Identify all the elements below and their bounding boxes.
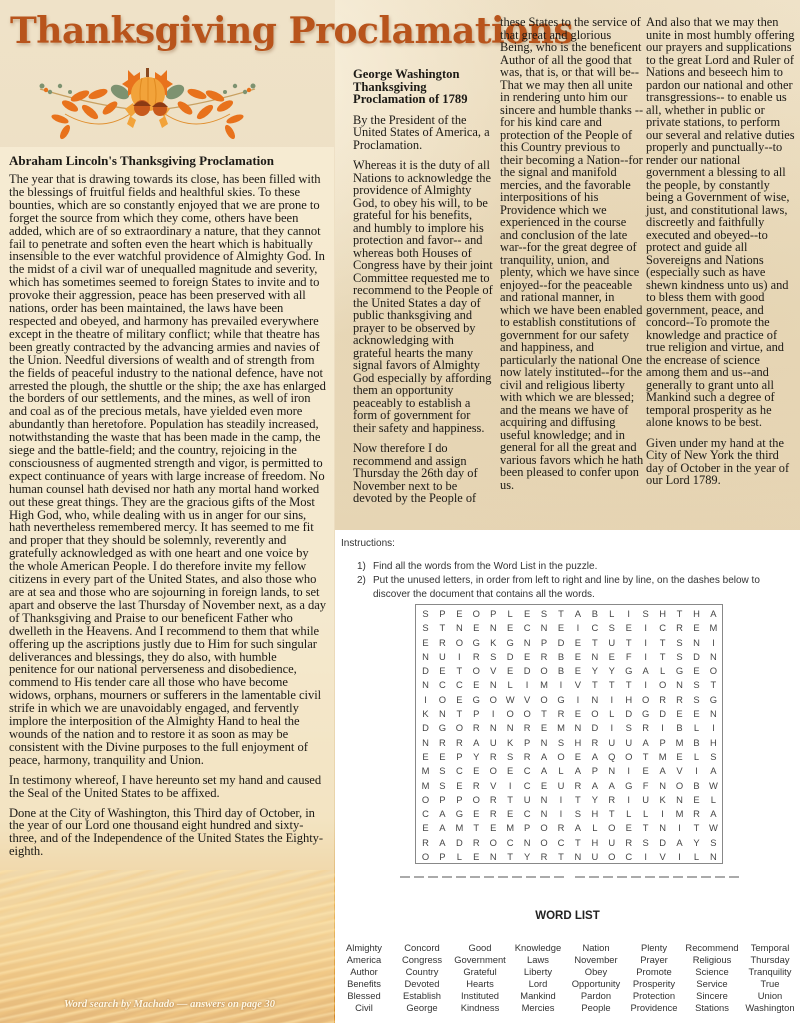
answer-dash[interactable] [484, 876, 494, 878]
grid-cell[interactable]: G [468, 636, 485, 650]
answer-dash[interactable] [414, 876, 424, 878]
grid-cell[interactable]: I [569, 693, 586, 707]
grid-cell[interactable]: I [519, 678, 536, 692]
grid-cell[interactable]: R [468, 836, 485, 850]
grid-cell[interactable]: L [705, 793, 722, 807]
grid-cell[interactable]: Y [586, 664, 603, 678]
grid-cell[interactable]: R [536, 650, 553, 664]
grid-cell[interactable]: V [485, 779, 502, 793]
grid-cell[interactable]: A [705, 807, 722, 821]
grid-cell[interactable]: M [671, 736, 688, 750]
grid-cell[interactable]: C [451, 678, 468, 692]
grid-cell[interactable]: I [620, 764, 637, 778]
grid-cell[interactable]: G [620, 779, 637, 793]
grid-cell[interactable]: T [502, 850, 519, 864]
grid-cell[interactable]: R [620, 836, 637, 850]
grid-cell[interactable]: M [671, 807, 688, 821]
grid-cell[interactable]: M [654, 750, 671, 764]
grid-cell[interactable]: T [603, 807, 620, 821]
grid-cell[interactable]: Q [603, 750, 620, 764]
answer-dashes-group-1[interactable] [400, 876, 564, 878]
grid-cell[interactable]: R [671, 621, 688, 635]
grid-cell[interactable]: P [485, 607, 502, 621]
answer-dash[interactable] [589, 876, 599, 878]
grid-cell[interactable]: V [654, 850, 671, 864]
grid-cell[interactable]: A [536, 764, 553, 778]
grid-cell[interactable]: B [688, 779, 705, 793]
grid-cell[interactable]: L [637, 807, 654, 821]
grid-cell[interactable]: E [519, 607, 536, 621]
grid-cell[interactable]: N [586, 693, 603, 707]
grid-cell[interactable]: L [451, 850, 468, 864]
grid-cell[interactable]: U [637, 793, 654, 807]
grid-cell[interactable]: E [468, 764, 485, 778]
grid-cell[interactable]: R [468, 721, 485, 735]
grid-cell[interactable]: N [654, 779, 671, 793]
grid-cell[interactable]: R [603, 793, 620, 807]
grid-cell[interactable]: R [654, 693, 671, 707]
grid-cell[interactable]: G [620, 664, 637, 678]
answer-dash[interactable] [554, 876, 564, 878]
grid-cell[interactable]: O [502, 707, 519, 721]
grid-cell[interactable]: E [468, 807, 485, 821]
grid-cell[interactable]: O [671, 779, 688, 793]
grid-cell[interactable]: O [586, 707, 603, 721]
grid-cell[interactable]: D [553, 636, 570, 650]
grid-cell[interactable]: O [434, 693, 451, 707]
grid-cell[interactable]: T [451, 707, 468, 721]
grid-cell[interactable]: D [417, 721, 434, 735]
grid-cell[interactable]: S [417, 621, 434, 635]
grid-cell[interactable]: P [586, 764, 603, 778]
grid-cell[interactable]: A [705, 607, 722, 621]
grid-cell[interactable]: U [603, 836, 620, 850]
grid-cell[interactable]: N [519, 836, 536, 850]
grid-cell[interactable]: N [536, 736, 553, 750]
grid-cell[interactable]: N [485, 678, 502, 692]
grid-cell[interactable]: N [705, 650, 722, 664]
grid-cell[interactable]: C [519, 621, 536, 635]
grid-cell[interactable]: I [637, 850, 654, 864]
grid-cell[interactable]: R [671, 693, 688, 707]
grid-cell[interactable]: E [620, 821, 637, 835]
grid-cell[interactable]: D [654, 707, 671, 721]
grid-cell[interactable]: O [620, 750, 637, 764]
grid-cell[interactable]: T [620, 636, 637, 650]
grid-cell[interactable]: O [417, 793, 434, 807]
grid-cell[interactable]: R [553, 821, 570, 835]
grid-cell[interactable]: P [468, 707, 485, 721]
grid-cell[interactable]: G [502, 636, 519, 650]
answer-dash[interactable] [428, 876, 438, 878]
grid-cell[interactable]: A [468, 736, 485, 750]
grid-cell[interactable]: G [451, 807, 468, 821]
answer-dash[interactable] [456, 876, 466, 878]
grid-cell[interactable]: I [451, 650, 468, 664]
grid-cell[interactable]: Y [603, 664, 620, 678]
grid-cell[interactable]: R [569, 779, 586, 793]
grid-cell[interactable]: A [586, 750, 603, 764]
grid-cell[interactable]: S [637, 836, 654, 850]
grid-cell[interactable]: G [671, 664, 688, 678]
grid-cell[interactable]: U [553, 779, 570, 793]
grid-cell[interactable]: E [688, 793, 705, 807]
grid-cell[interactable]: A [637, 736, 654, 750]
grid-cell[interactable]: R [688, 807, 705, 821]
grid-cell[interactable]: I [553, 793, 570, 807]
grid-cell[interactable]: R [434, 636, 451, 650]
grid-cell[interactable]: U [434, 650, 451, 664]
grid-cell[interactable]: P [451, 793, 468, 807]
grid-cell[interactable]: L [654, 664, 671, 678]
grid-cell[interactable]: N [451, 621, 468, 635]
grid-cell[interactable]: A [434, 836, 451, 850]
grid-cell[interactable]: O [705, 664, 722, 678]
grid-cell[interactable]: O [603, 850, 620, 864]
grid-cell[interactable]: I [705, 721, 722, 735]
grid-cell[interactable]: T [671, 607, 688, 621]
grid-cell[interactable]: E [637, 764, 654, 778]
grid-cell[interactable]: T [705, 678, 722, 692]
grid-cell[interactable]: M [451, 821, 468, 835]
grid-cell[interactable]: P [434, 793, 451, 807]
letter-grid[interactable]: SPEOPLESTABLISHTHASTNENECNEICSEICREMEROG… [415, 604, 723, 864]
answer-dash[interactable] [526, 876, 536, 878]
grid-cell[interactable]: I [417, 693, 434, 707]
grid-cell[interactable]: A [536, 750, 553, 764]
grid-cell[interactable]: N [417, 736, 434, 750]
answer-dash[interactable] [673, 876, 683, 878]
grid-cell[interactable]: B [553, 650, 570, 664]
grid-cell[interactable]: T [688, 821, 705, 835]
grid-cell[interactable]: E [502, 621, 519, 635]
grid-cell[interactable]: S [705, 750, 722, 764]
grid-cell[interactable]: H [620, 693, 637, 707]
grid-cell[interactable]: R [468, 779, 485, 793]
answer-dashes-group-2[interactable] [575, 876, 739, 878]
grid-cell[interactable]: T [637, 821, 654, 835]
grid-cell[interactable]: W [705, 779, 722, 793]
grid-cell[interactable]: D [654, 836, 671, 850]
grid-cell[interactable]: O [536, 821, 553, 835]
grid-cell[interactable]: I [620, 607, 637, 621]
grid-cell[interactable]: S [502, 750, 519, 764]
grid-cell[interactable]: A [569, 764, 586, 778]
grid-cell[interactable]: N [569, 721, 586, 735]
grid-cell[interactable]: O [485, 693, 502, 707]
grid-cell[interactable]: T [434, 621, 451, 635]
grid-cell[interactable]: L [688, 750, 705, 764]
grid-cell[interactable]: E [536, 721, 553, 735]
grid-cell[interactable]: K [417, 707, 434, 721]
grid-cell[interactable]: E [417, 750, 434, 764]
grid-cell[interactable]: B [553, 664, 570, 678]
grid-cell[interactable]: I [671, 850, 688, 864]
grid-cell[interactable]: I [603, 693, 620, 707]
grid-cell[interactable]: B [688, 736, 705, 750]
grid-cell[interactable]: Y [468, 750, 485, 764]
grid-cell[interactable]: N [654, 821, 671, 835]
grid-cell[interactable]: V [485, 664, 502, 678]
grid-cell[interactable]: O [451, 636, 468, 650]
grid-cell[interactable]: O [603, 821, 620, 835]
grid-cell[interactable]: T [569, 793, 586, 807]
grid-cell[interactable]: T [586, 636, 603, 650]
grid-cell[interactable]: H [705, 736, 722, 750]
grid-cell[interactable]: C [519, 807, 536, 821]
answer-dash[interactable] [715, 876, 725, 878]
grid-cell[interactable]: C [620, 850, 637, 864]
grid-cell[interactable]: W [502, 693, 519, 707]
grid-cell[interactable]: L [502, 678, 519, 692]
grid-cell[interactable]: O [417, 850, 434, 864]
grid-cell[interactable]: T [569, 836, 586, 850]
grid-cell[interactable]: E [569, 664, 586, 678]
answer-dash[interactable] [659, 876, 669, 878]
grid-cell[interactable]: H [569, 736, 586, 750]
grid-cell[interactable]: M [502, 821, 519, 835]
grid-cell[interactable]: E [468, 621, 485, 635]
grid-cell[interactable]: E [671, 750, 688, 764]
grid-cell[interactable]: N [603, 764, 620, 778]
grid-cell[interactable]: P [434, 607, 451, 621]
grid-cell[interactable]: R [434, 736, 451, 750]
grid-cell[interactable]: T [468, 821, 485, 835]
grid-cell[interactable]: C [434, 678, 451, 692]
grid-cell[interactable]: Y [519, 850, 536, 864]
grid-cell[interactable]: A [637, 664, 654, 678]
grid-cell[interactable]: S [671, 650, 688, 664]
answer-dash[interactable] [617, 876, 627, 878]
answer-dash[interactable] [540, 876, 550, 878]
grid-cell[interactable]: N [519, 636, 536, 650]
grid-cell[interactable]: P [519, 736, 536, 750]
grid-cell[interactable]: L [688, 721, 705, 735]
grid-cell[interactable]: N [569, 850, 586, 864]
grid-cell[interactable]: O [485, 836, 502, 850]
grid-cell[interactable]: Y [688, 836, 705, 850]
grid-cell[interactable]: N [671, 678, 688, 692]
grid-cell[interactable]: E [671, 707, 688, 721]
grid-cell[interactable]: L [688, 850, 705, 864]
grid-cell[interactable]: U [620, 736, 637, 750]
grid-cell[interactable]: D [586, 721, 603, 735]
grid-cell[interactable]: Y [586, 793, 603, 807]
grid-cell[interactable]: T [502, 793, 519, 807]
grid-cell[interactable]: S [603, 621, 620, 635]
grid-cell[interactable]: E [688, 621, 705, 635]
grid-cell[interactable]: I [654, 721, 671, 735]
grid-cell[interactable]: N [485, 721, 502, 735]
answer-dash[interactable] [631, 876, 641, 878]
grid-cell[interactable]: O [637, 693, 654, 707]
answer-dash[interactable] [645, 876, 655, 878]
grid-cell[interactable]: I [603, 721, 620, 735]
grid-cell[interactable]: A [434, 821, 451, 835]
grid-cell[interactable]: I [654, 807, 671, 821]
grid-cell[interactable]: E [519, 650, 536, 664]
answer-dash[interactable] [701, 876, 711, 878]
grid-cell[interactable]: M [553, 721, 570, 735]
grid-cell[interactable]: O [485, 764, 502, 778]
grid-cell[interactable]: G [553, 693, 570, 707]
grid-cell[interactable]: M [417, 779, 434, 793]
grid-cell[interactable]: E [502, 664, 519, 678]
grid-cell[interactable]: I [637, 678, 654, 692]
grid-cell[interactable]: E [485, 821, 502, 835]
grid-cell[interactable]: I [688, 764, 705, 778]
grid-cell[interactable]: R [519, 750, 536, 764]
grid-cell[interactable]: I [502, 779, 519, 793]
grid-cell[interactable]: R [417, 836, 434, 850]
grid-cell[interactable]: N [485, 850, 502, 864]
grid-cell[interactable]: O [536, 836, 553, 850]
grid-cell[interactable]: I [485, 707, 502, 721]
grid-cell[interactable]: P [519, 821, 536, 835]
grid-cell[interactable]: E [603, 650, 620, 664]
grid-cell[interactable]: V [671, 764, 688, 778]
grid-cell[interactable]: E [417, 636, 434, 650]
grid-cell[interactable]: T [654, 650, 671, 664]
grid-cell[interactable]: I [637, 621, 654, 635]
grid-cell[interactable]: E [434, 664, 451, 678]
grid-cell[interactable]: A [603, 779, 620, 793]
grid-cell[interactable]: N [688, 636, 705, 650]
grid-cell[interactable]: T [586, 678, 603, 692]
grid-cell[interactable]: C [586, 621, 603, 635]
grid-cell[interactable]: C [502, 836, 519, 850]
grid-cell[interactable]: R [519, 721, 536, 735]
grid-cell[interactable]: R [485, 793, 502, 807]
grid-cell[interactable]: R [468, 650, 485, 664]
grid-cell[interactable]: L [502, 607, 519, 621]
grid-cell[interactable]: D [620, 707, 637, 721]
grid-cell[interactable]: L [603, 607, 620, 621]
grid-cell[interactable]: E [502, 807, 519, 821]
grid-cell[interactable]: S [688, 678, 705, 692]
grid-cell[interactable]: S [553, 736, 570, 750]
grid-cell[interactable]: A [586, 779, 603, 793]
grid-cell[interactable]: E [569, 707, 586, 721]
grid-cell[interactable]: H [586, 836, 603, 850]
grid-cell[interactable]: R [536, 850, 553, 864]
grid-cell[interactable]: P [434, 850, 451, 864]
grid-cell[interactable]: I [637, 636, 654, 650]
grid-cell[interactable]: E [451, 779, 468, 793]
grid-cell[interactable]: M [417, 764, 434, 778]
grid-cell[interactable]: T [637, 750, 654, 764]
grid-cell[interactable]: E [569, 636, 586, 650]
grid-cell[interactable]: K [502, 736, 519, 750]
grid-cell[interactable]: A [434, 807, 451, 821]
answer-dash[interactable] [512, 876, 522, 878]
grid-cell[interactable]: R [586, 736, 603, 750]
grid-cell[interactable]: F [620, 650, 637, 664]
grid-cell[interactable]: L [586, 821, 603, 835]
grid-cell[interactable]: R [451, 736, 468, 750]
grid-cell[interactable]: O [536, 693, 553, 707]
grid-cell[interactable]: U [603, 736, 620, 750]
grid-cell[interactable]: O [654, 678, 671, 692]
grid-cell[interactable]: I [553, 807, 570, 821]
grid-cell[interactable]: O [468, 793, 485, 807]
grid-cell[interactable]: G [468, 693, 485, 707]
grid-cell[interactable]: A [569, 821, 586, 835]
grid-cell[interactable]: N [434, 707, 451, 721]
grid-cell[interactable]: M [536, 678, 553, 692]
grid-cell[interactable]: L [620, 807, 637, 821]
grid-cell[interactable]: L [553, 764, 570, 778]
grid-cell[interactable]: S [434, 764, 451, 778]
grid-cell[interactable]: E [468, 850, 485, 864]
grid-cell[interactable]: A [654, 764, 671, 778]
grid-cell[interactable]: E [688, 707, 705, 721]
grid-cell[interactable]: N [705, 850, 722, 864]
answer-dash[interactable] [575, 876, 585, 878]
grid-cell[interactable]: S [485, 650, 502, 664]
grid-cell[interactable]: S [434, 779, 451, 793]
grid-cell[interactable]: E [569, 750, 586, 764]
grid-cell[interactable]: G [705, 693, 722, 707]
grid-cell[interactable]: E [451, 607, 468, 621]
grid-cell[interactable]: F [637, 779, 654, 793]
grid-cell[interactable]: H [586, 807, 603, 821]
grid-cell[interactable]: T [603, 678, 620, 692]
answer-dash[interactable] [442, 876, 452, 878]
answer-dash[interactable] [687, 876, 697, 878]
grid-cell[interactable]: I [671, 821, 688, 835]
grid-cell[interactable]: H [688, 607, 705, 621]
grid-cell[interactable]: E [553, 621, 570, 635]
grid-cell[interactable]: D [502, 650, 519, 664]
grid-cell[interactable]: I [620, 793, 637, 807]
grid-cell[interactable]: T [654, 636, 671, 650]
grid-cell[interactable]: A [569, 607, 586, 621]
grid-cell[interactable]: N [502, 721, 519, 735]
grid-cell[interactable]: B [671, 721, 688, 735]
grid-cell[interactable]: T [620, 678, 637, 692]
grid-cell[interactable]: S [688, 693, 705, 707]
grid-cell[interactable]: E [688, 664, 705, 678]
grid-cell[interactable]: R [485, 807, 502, 821]
grid-cell[interactable]: C [654, 621, 671, 635]
grid-cell[interactable]: G [434, 721, 451, 735]
grid-cell[interactable]: N [417, 678, 434, 692]
grid-cell[interactable]: S [620, 721, 637, 735]
grid-cell[interactable]: S [637, 607, 654, 621]
grid-cell[interactable]: E [620, 621, 637, 635]
grid-cell[interactable]: I [705, 636, 722, 650]
grid-cell[interactable]: N [586, 650, 603, 664]
grid-cell[interactable]: O [553, 750, 570, 764]
answer-dash[interactable] [400, 876, 410, 878]
grid-cell[interactable]: G [637, 707, 654, 721]
grid-cell[interactable]: P [451, 750, 468, 764]
grid-cell[interactable]: O [468, 664, 485, 678]
grid-cell[interactable]: D [688, 650, 705, 664]
grid-cell[interactable]: L [603, 707, 620, 721]
grid-cell[interactable]: O [519, 707, 536, 721]
grid-cell[interactable]: T [553, 850, 570, 864]
grid-cell[interactable]: T [536, 707, 553, 721]
grid-cell[interactable]: N [536, 621, 553, 635]
grid-cell[interactable]: N [417, 650, 434, 664]
grid-cell[interactable]: N [536, 793, 553, 807]
answer-dash[interactable] [470, 876, 480, 878]
grid-cell[interactable]: N [705, 707, 722, 721]
grid-cell[interactable]: W [705, 821, 722, 835]
grid-cell[interactable]: O [536, 664, 553, 678]
